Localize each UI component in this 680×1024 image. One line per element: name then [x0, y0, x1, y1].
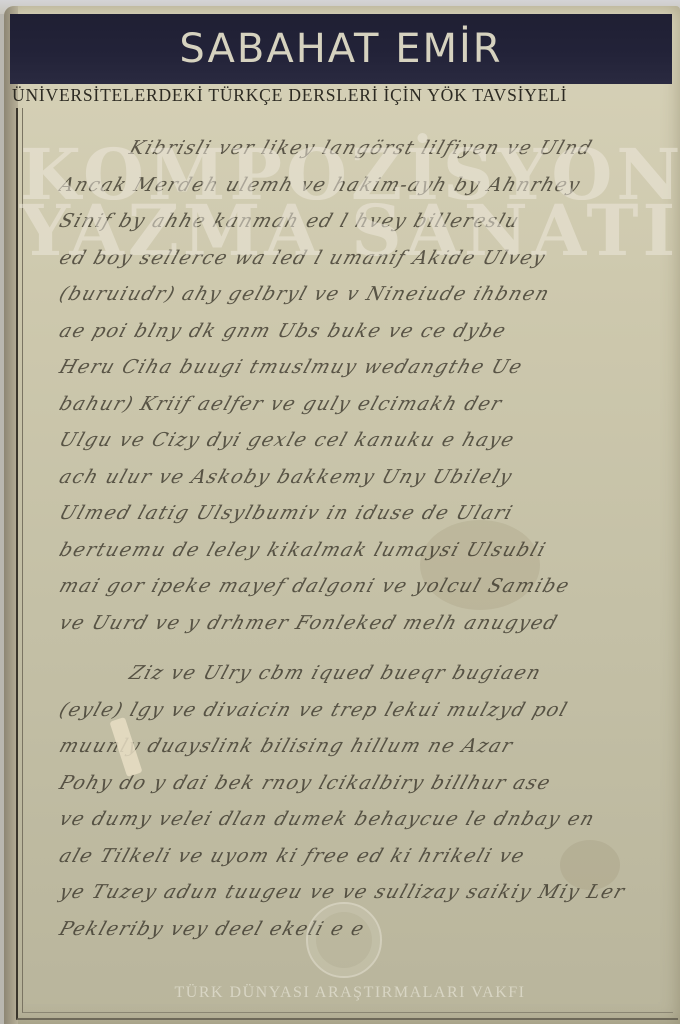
manuscript-line: (buruiudr) ahy gelbryl ve v Nineiude ihb…: [54, 276, 666, 313]
cover-subtitle: ÜNİVERSİTELERDEKİ TÜRKÇE DERSLERİ İÇİN Y…: [12, 84, 672, 106]
manuscript-line: ach ulur ve Askoby bakkemy Uny Ubilely: [54, 459, 666, 496]
manuscript-line: Heru Ciha buugi tmuslmuy wedangthe Ue: [54, 349, 666, 386]
manuscript-line: Ziz ve Ulry cbm iqued bueqr bugiaen: [54, 655, 666, 692]
publisher-name: TÜRK DÜNYASI ARAŞTIRMALARI VAKFI: [20, 984, 680, 1002]
manuscript-line: ve dumy velei dlan dumek behaycue le dnb…: [54, 801, 666, 838]
manuscript-line: muunly duayslink bilising hillum ne Azar: [54, 728, 666, 765]
publisher-logo-icon: [306, 902, 382, 978]
manuscript-line: Ulgu ve Cizy dyi gexle cel kanuku e haye: [54, 422, 666, 459]
author-banner: SABAHAT EMİR: [10, 14, 672, 84]
manuscript-line: bahur) Kriif aelfer ve guly elcimakh der: [54, 386, 666, 423]
manuscript-line: ale Tilkeli ve uyom ki free ed ki hrikel…: [54, 838, 666, 875]
author-name: SABAHAT EMİR: [10, 24, 672, 74]
book-title-line-2: YAZMA SANATI: [20, 196, 670, 266]
manuscript-line: ve Uurd ve y drhmer Fonleked melh anugye…: [54, 605, 666, 642]
manuscript-line: mai gor ipeke mayef dalgoni ve yolcul Sa…: [54, 568, 666, 605]
manuscript-line: Pohy do y dai bek rnoy lcikalbiry billhu…: [54, 765, 666, 802]
manuscript-line: (eyle) lgy ve divaicin ve trep lekui mul…: [54, 692, 666, 729]
manuscript-line: ae poi blny dk gnm Ubs buke ve ce dybe: [54, 313, 666, 350]
manuscript-line: Ulmed latig Ulsylbumiv in iduse de Ulari: [54, 495, 666, 532]
manuscript-line: bertuemu de leley kikalmak lumaysi Ulsub…: [54, 532, 666, 569]
